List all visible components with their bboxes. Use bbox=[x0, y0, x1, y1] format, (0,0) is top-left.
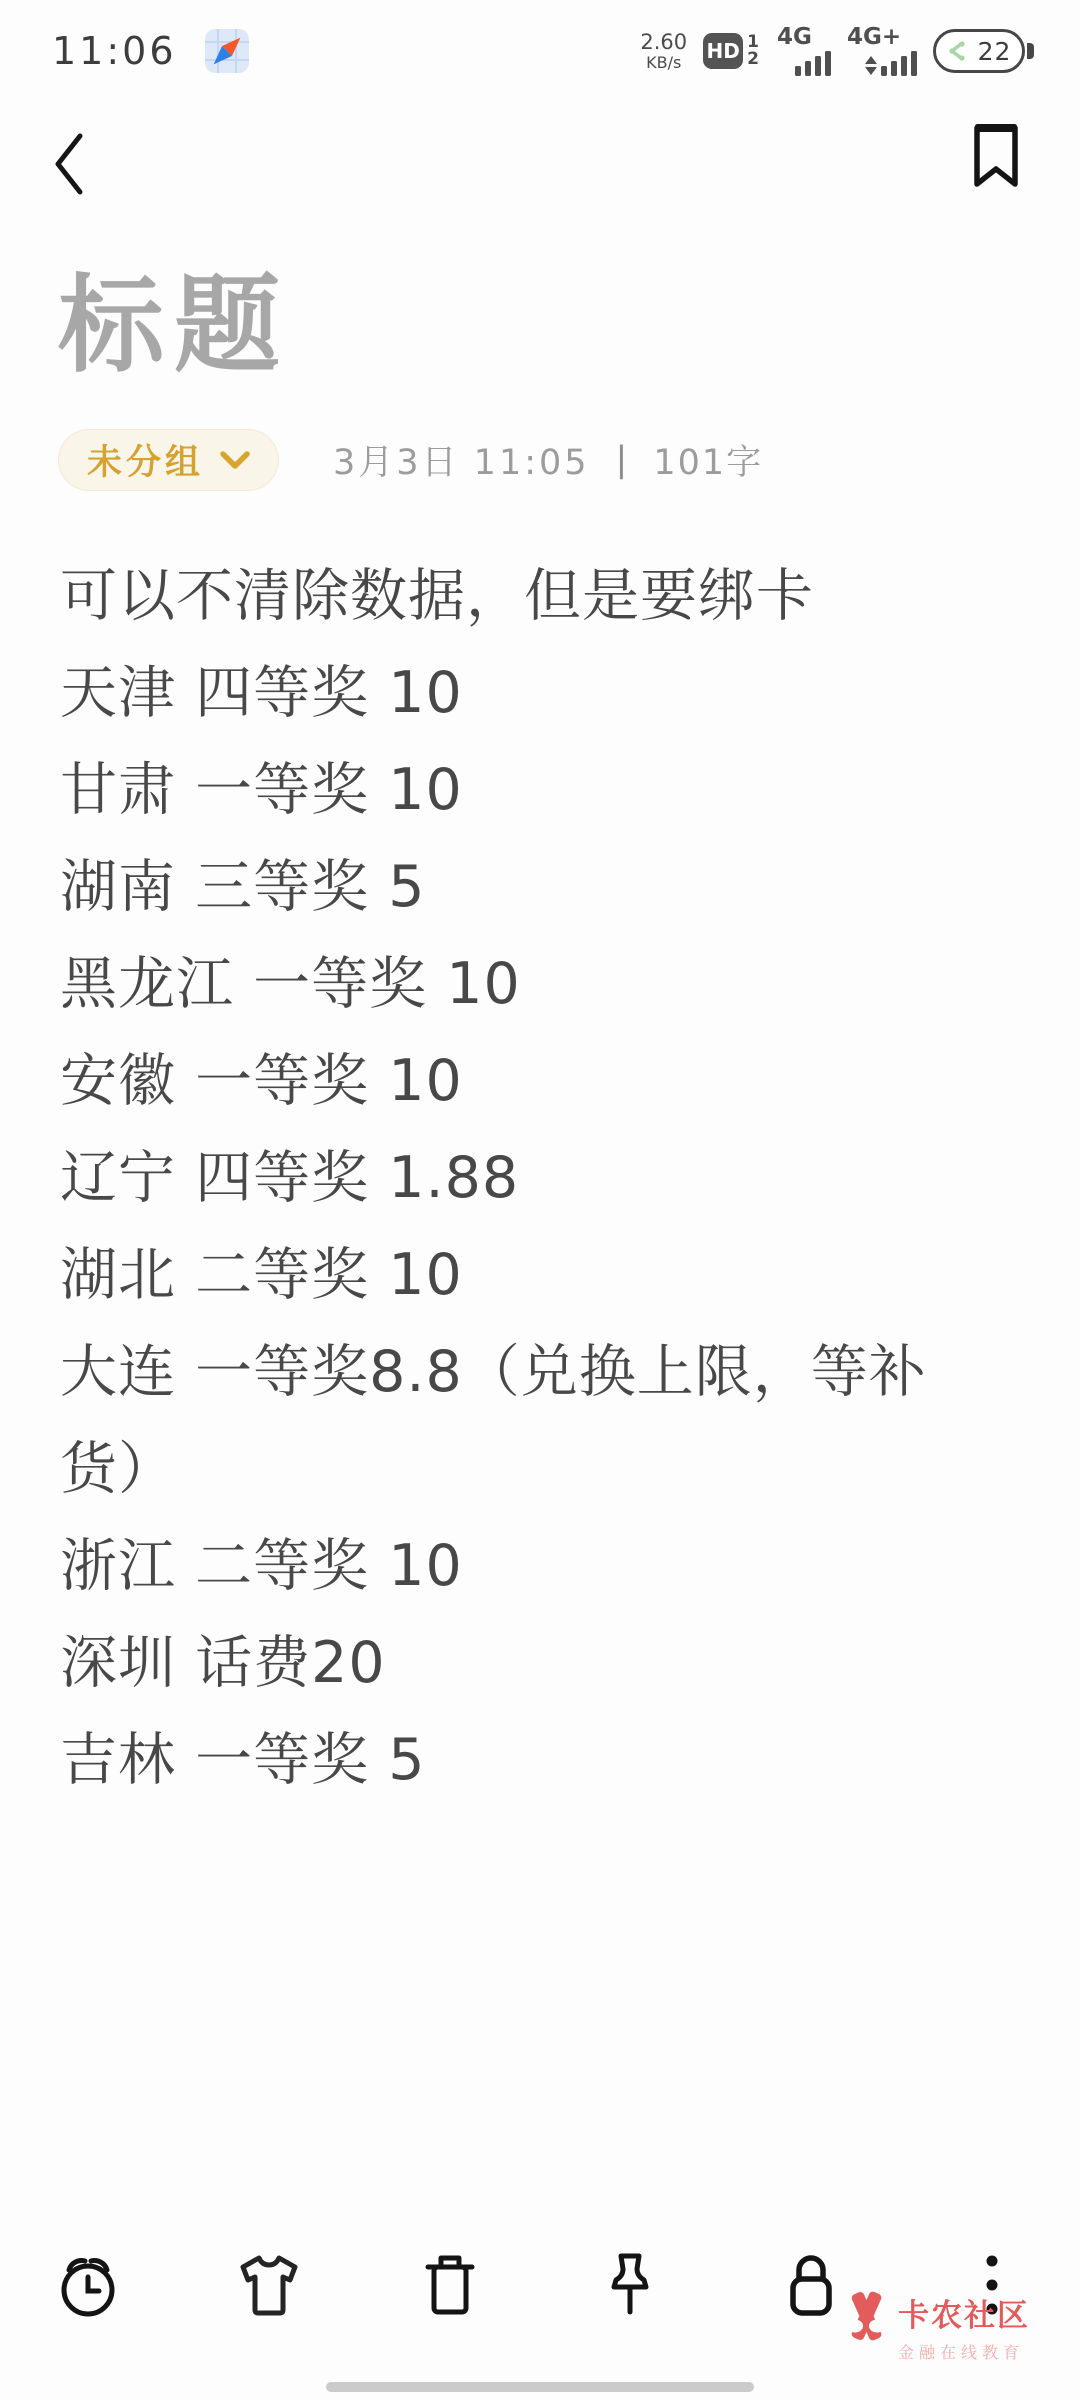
note-line: 安徽 一等奖 10 bbox=[60, 1033, 960, 1130]
back-button[interactable] bbox=[48, 124, 118, 204]
sim2-number: 2 bbox=[747, 51, 759, 68]
note-line: 可以不清除数据，但是要绑卡 bbox=[60, 548, 960, 645]
delete-button[interactable] bbox=[412, 2243, 488, 2327]
lock-icon bbox=[783, 2251, 839, 2319]
battery-saver-leaf-icon bbox=[947, 39, 971, 63]
data-updown-icon bbox=[865, 56, 877, 75]
note-date: 3月3日 11:05 bbox=[333, 435, 590, 485]
watermark-title: 卡农社区 bbox=[898, 2290, 1030, 2335]
watermark-logo-icon bbox=[844, 2290, 890, 2342]
note-body-editor[interactable]: 可以不清除数据，但是要绑卡 天津 四等奖 10 甘肃 一等奖 10 湖南 三等奖… bbox=[60, 548, 960, 1809]
note-title-input[interactable]: 标题 bbox=[58, 262, 290, 389]
signal-bars-icon bbox=[881, 51, 917, 76]
battery-indicator: 22 bbox=[933, 29, 1034, 73]
note-line: 甘肃 一等奖 10 bbox=[60, 742, 960, 839]
theme-button[interactable] bbox=[231, 2243, 307, 2327]
signal-bars-icon bbox=[795, 51, 831, 76]
bookmark-button[interactable] bbox=[966, 116, 1026, 196]
category-selector[interactable]: 未分组 bbox=[58, 429, 279, 491]
status-bar: 11:06 2.60 KB/s HD 1 2 4G bbox=[0, 0, 1080, 86]
note-line: 大连 一等奖8.8（兑换上限，等补货） bbox=[60, 1324, 960, 1518]
pin-icon bbox=[601, 2250, 659, 2320]
note-line: 浙江 二等奖 10 bbox=[60, 1518, 960, 1615]
pin-button[interactable] bbox=[592, 2243, 668, 2327]
sim2-signal: 4G+ bbox=[847, 26, 917, 76]
note-line: 吉林 一等奖 5 bbox=[60, 1712, 960, 1809]
sim1-signal: 4G bbox=[777, 26, 831, 76]
note-line: 湖北 二等奖 10 bbox=[60, 1227, 960, 1324]
battery-percent: 22 bbox=[978, 37, 1012, 66]
chevron-down-icon bbox=[220, 451, 250, 470]
trash-icon bbox=[420, 2251, 480, 2319]
reminder-button[interactable] bbox=[50, 2243, 126, 2327]
note-line: 湖南 三等奖 5 bbox=[60, 839, 960, 936]
category-label: 未分组 bbox=[87, 435, 204, 485]
nav-bar bbox=[0, 108, 1080, 212]
watermark-subtitle: 金融在线教育 bbox=[898, 2340, 1030, 2363]
meta-separator: | bbox=[616, 440, 628, 480]
note-line: 黑龙江 一等奖 10 bbox=[60, 936, 960, 1033]
network-speed: 2.60 KB/s bbox=[640, 31, 687, 71]
shirt-icon bbox=[235, 2252, 303, 2318]
notes-app-screen: 11:06 2.60 KB/s HD 1 2 4G bbox=[0, 0, 1080, 2400]
volte-hd-indicator: HD 1 2 bbox=[703, 33, 759, 69]
alarm-icon bbox=[55, 2250, 121, 2320]
note-line: 深圳 话费20 bbox=[60, 1615, 960, 1712]
note-line: 天津 四等奖 10 bbox=[60, 645, 960, 742]
lock-button[interactable] bbox=[773, 2243, 849, 2327]
hd-icon: HD bbox=[703, 33, 743, 69]
back-chevron-icon bbox=[48, 130, 88, 198]
battery-terminal bbox=[1027, 43, 1034, 59]
status-time: 11:06 bbox=[52, 29, 177, 73]
bookmark-icon bbox=[970, 120, 1022, 192]
home-indicator[interactable] bbox=[326, 2382, 754, 2392]
note-meta-row: 未分组 3月3日 11:05 | 101字 bbox=[58, 428, 763, 492]
note-line: 辽宁 四等奖 1.88 bbox=[60, 1130, 960, 1227]
word-count: 101字 bbox=[653, 435, 763, 485]
browser-compass-icon bbox=[205, 29, 249, 73]
watermark: 卡农社区 金融在线教育 bbox=[844, 2290, 1030, 2363]
